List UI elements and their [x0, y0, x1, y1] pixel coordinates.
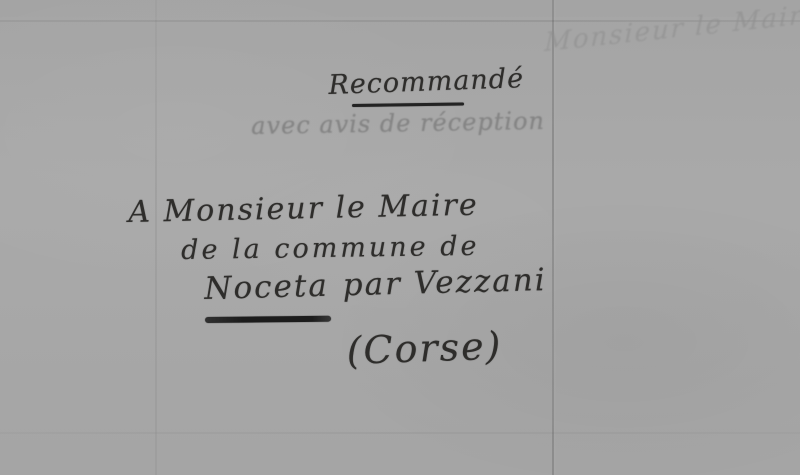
scanned-letter-page: Monsieur le Maire Recommandé avec avis d…	[0, 0, 800, 475]
address-line-recipient: A Monsieur le Maire	[128, 191, 479, 228]
reception-note: avec avis de réception	[251, 109, 545, 138]
place-name-underline	[205, 316, 331, 323]
place-name: Noceta	[204, 268, 329, 307]
recommande-underline	[352, 102, 464, 107]
postal-marking-recommande: Recommandé	[328, 65, 524, 99]
route-suffix: par Vezzani	[342, 262, 547, 303]
address-line-place: Nocetapar Vezzani	[204, 265, 547, 305]
address-line-commune: de la commune de	[181, 233, 480, 264]
left-vertical-crease	[155, 0, 157, 475]
address-line-region: (Corse)	[346, 327, 503, 370]
bottom-horizontal-crease	[0, 432, 800, 434]
center-vertical-fold	[552, 0, 554, 475]
bleedthrough-handwriting: Monsieur le Maire	[544, 1, 800, 56]
